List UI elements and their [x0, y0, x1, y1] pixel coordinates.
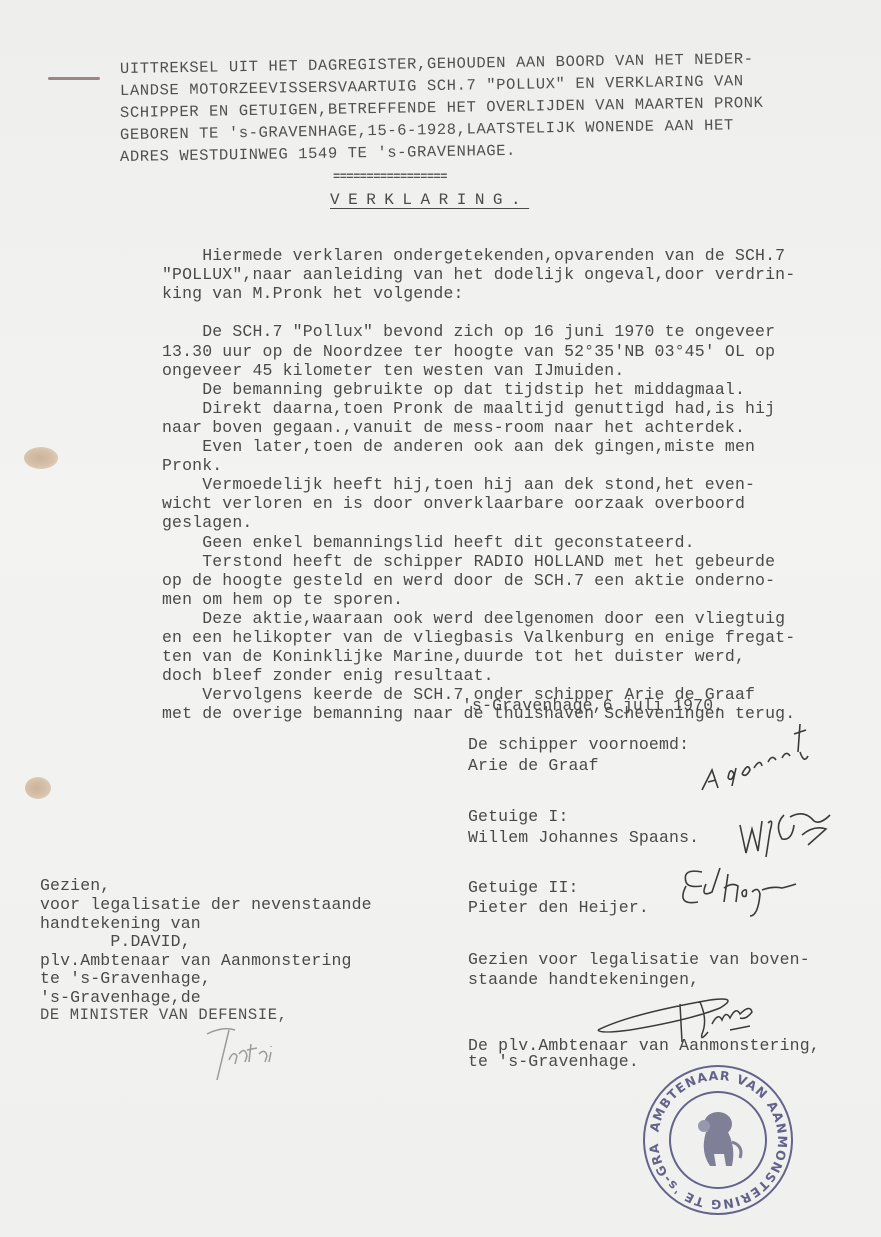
legalisation-left-line: Gezien, — [40, 876, 110, 895]
lion-emblem-icon — [698, 1112, 741, 1166]
official-stamp: AMBTENAAR VAN AANMONSTERING TE 's-GRAVEN… — [640, 1062, 796, 1218]
header-line: ADRES WESTDUINWEG 1549 TE 's-GRAVENHAGE. — [120, 142, 516, 167]
punch-hole-icon — [24, 447, 58, 469]
signatory-role: Getuige II: — [468, 878, 579, 897]
statement-line: geslagen. — [162, 513, 252, 532]
signature-minister — [195, 1024, 305, 1094]
legalisation-left-line: DE MINISTER VAN DEFENSIE, — [40, 1006, 288, 1025]
signatory-name: Pieter den Heijer. — [468, 898, 649, 917]
statement-line: ten van de Koninklijke Marine,duurde tot… — [162, 647, 745, 666]
signature-spaans — [730, 795, 850, 875]
statement-line: Terstond heeft de schipper RADIO HOLLAND… — [162, 552, 775, 571]
statement-line: Geen enkel bemanningslid heeft dit gecon… — [162, 533, 695, 552]
legalisation-footer: te 's-Gravenhage. — [468, 1052, 639, 1071]
signatory-role: De schipper voornoemd: — [468, 735, 689, 754]
statement-line: ongeveer 45 kilometer ten westen van IJm… — [162, 361, 624, 380]
legalisation-left-line: 's-Gravenhage,de — [40, 988, 201, 1007]
signature-arie-de-graaf — [690, 712, 820, 802]
statement-line: "POLLUX",naar aanleiding van het dodelij… — [162, 265, 795, 284]
statement-line: wicht verloren en is door onverklaarbare… — [162, 494, 745, 513]
document-page: UITTREKSEL UIT HET DAGREGISTER,GEHOUDEN … — [0, 0, 881, 1237]
legalisation-left-line: plv.Ambtenaar van Aanmonstering — [40, 951, 352, 970]
legalisation-left-line: voor legalisatie der nevenstaande — [40, 895, 372, 914]
statement-line: 13.30 uur op de Noordzee ter hoogte van … — [162, 342, 775, 361]
statement-line: De SCH.7 "Pollux" bevond zich op 16 juni… — [162, 322, 775, 341]
punch-hole-icon — [25, 777, 51, 799]
legalisation-text: Gezien voor legalisatie van boven- — [468, 950, 810, 969]
statement-line: Even later,toen de anderen ook aan dek g… — [162, 437, 755, 456]
signature-den-heijer — [672, 858, 802, 928]
statement-line: Deze aktie,waaraan ook werd deelgenomen … — [162, 609, 785, 628]
statement-line: Vermoedelijk heeft hij,toen hij aan dek … — [162, 475, 755, 494]
statement-line: en een helikopter van de vliegbasis Valk… — [162, 628, 795, 647]
statement-line: king van M.Pronk het volgende: — [162, 284, 464, 303]
statement-line: op de hoogte gesteld en werd door de SCH… — [162, 571, 775, 590]
legalisation-text: staande handtekeningen, — [468, 970, 699, 989]
legalisation-left-line: te 's-Gravenhage, — [40, 969, 211, 988]
legalisation-left-line: P.DAVID, — [40, 932, 191, 951]
place-date: 's-Gravenhage,6 juli 1970. — [462, 696, 723, 715]
signatory-name: Arie de Graaf — [468, 756, 599, 775]
document-title: VERKLARING. — [330, 191, 529, 209]
margin-pen-mark — [48, 77, 100, 80]
legalisation-left-line: handtekening van — [40, 914, 201, 933]
signatory-name: Willem Johannes Spaans. — [468, 828, 699, 847]
statement-line: Direkt daarna,toen Pronk de maaltijd gen… — [162, 399, 775, 418]
statement-line: naar boven gegaan.,vanuit de mess-room n… — [162, 418, 745, 437]
statement-line: men om hem op te sporen. — [162, 590, 403, 609]
statement-line: Pronk. — [162, 456, 222, 475]
statement-line: Hiermede verklaren ondergetekenden,opvar… — [162, 246, 785, 265]
separator-line: ================= — [333, 170, 447, 184]
signatory-role: Getuige I: — [468, 807, 569, 826]
statement-line: De bemanning gebruikte op dat tijdstip h… — [162, 380, 745, 399]
statement-line: doch bleef zonder enig resultaat. — [162, 666, 494, 685]
